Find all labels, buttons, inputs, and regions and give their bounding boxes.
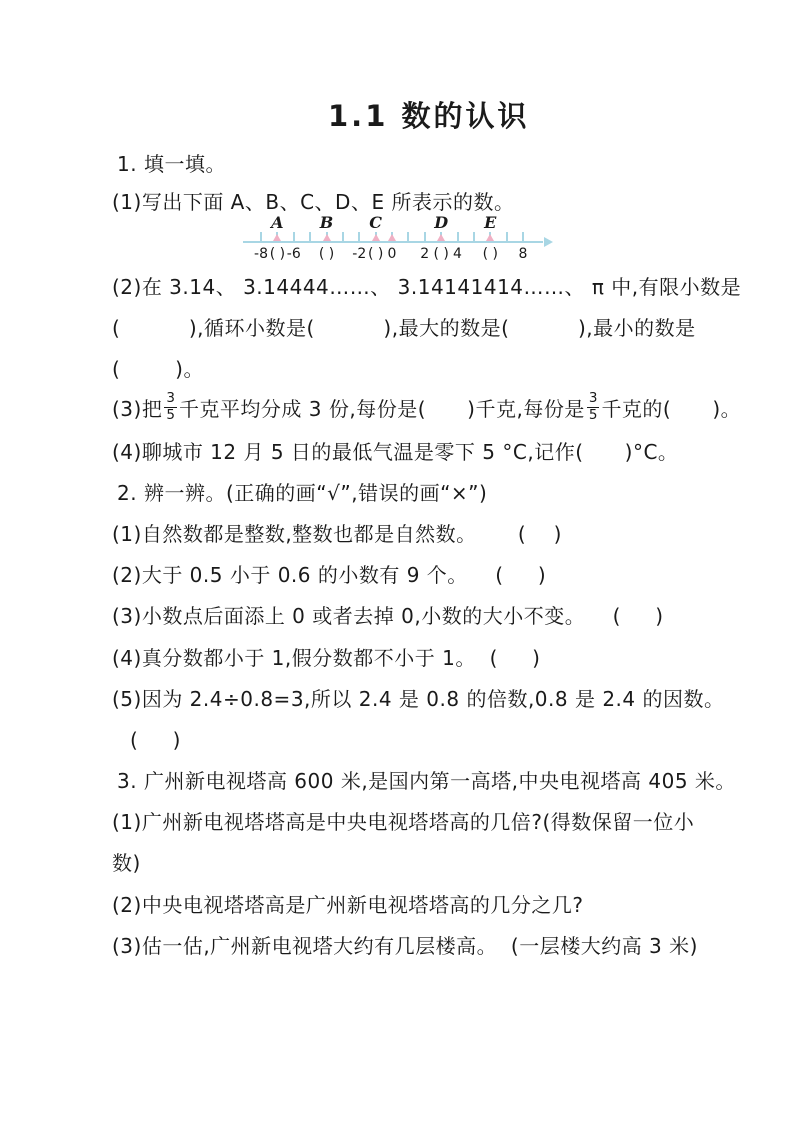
section1-heading: 1. 填一填。	[117, 149, 226, 179]
fraction-denominator: 5	[164, 408, 177, 424]
section2-heading: 2. 辨一辨。(正确的画“√”,错误的画“×”)	[117, 478, 487, 508]
tick-mark	[293, 232, 295, 241]
tick-mark	[506, 232, 508, 241]
axis-label: ( )	[433, 246, 448, 262]
tick-mark	[342, 232, 344, 241]
tick-mark	[522, 232, 524, 241]
point-marker	[273, 234, 281, 241]
section1-q4-text: (4)聊城市 12 月 5 日的最低气温是零下 5 °C,记作( )°C。	[112, 437, 678, 467]
tick-mark	[424, 232, 426, 241]
fraction-numerator: 3	[587, 391, 600, 408]
fraction-three-fifths: 35	[587, 391, 600, 423]
point-letter-A: A	[271, 213, 283, 232]
page-title: 1.1 数的认识	[328, 94, 529, 135]
point-marker	[437, 234, 445, 241]
fraction-three-fifths: 35	[164, 391, 177, 423]
point-marker	[486, 234, 494, 241]
point-letter-B: B	[320, 213, 334, 232]
axis-label: ( )	[368, 246, 383, 262]
axis-label: -2	[352, 246, 366, 262]
section1-q2-line3: ( )。	[112, 354, 204, 384]
axis-label: ( )	[319, 246, 334, 262]
number-line-arrow-icon	[544, 237, 553, 247]
section3-q1-line2: 数)	[112, 848, 141, 878]
section2-q1-text: (1)自然数都是整数,整数也都是自然数。 ( )	[112, 519, 562, 549]
section1-q2-line2: ( ),循环小数是( ),最大的数是( ),最小的数是	[112, 313, 696, 343]
axis-label: 2	[420, 246, 429, 262]
section1-q2-line1: (2)在 3.14、 3.14444……、 3.14141414……、 π 中,…	[112, 272, 741, 302]
fraction-numerator: 3	[164, 391, 177, 408]
worksheet-page: 1.1 数的认识 1. 填一填。 (1)写出下面 A、B、C、D、E 所表示的数…	[0, 0, 793, 1122]
tick-mark	[358, 232, 360, 241]
tick-mark	[309, 232, 311, 241]
point-marker	[323, 234, 331, 241]
axis-label: ( )	[483, 246, 498, 262]
tick-mark	[407, 232, 409, 241]
tick-mark	[473, 232, 475, 241]
axis-label: ( )	[270, 246, 285, 262]
number-line: ABCDE-8( )-6( )-2( )02( )4( )8	[243, 213, 553, 263]
axis-label: 8	[519, 246, 528, 262]
section1-q3-text: (3)把 35 千克平均分成 3 份,每份是( )千克,每份是 35 千克的( …	[112, 384, 741, 430]
section3-heading: 3. 广州新电视塔高 600 米,是国内第一高塔,中央电视塔高 405 米。	[117, 766, 736, 796]
section3-q2-text: (2)中央电视塔塔高是广州新电视塔塔高的几分之几?	[112, 890, 583, 920]
point-letter-E: E	[484, 213, 496, 232]
point-letter-C: C	[369, 213, 382, 232]
section3-q3-text: (3)估一估,广州新电视塔大约有几层楼高。 (一层楼大约高 3 米)	[112, 931, 698, 961]
fraction-denominator: 5	[587, 408, 600, 424]
point-marker	[388, 234, 396, 241]
section2-q5-line1: (5)因为 2.4÷0.8=3,所以 2.4 是 0.8 的倍数,0.8 是 2…	[112, 684, 724, 714]
axis-label: 0	[388, 246, 397, 262]
axis-label: -8	[254, 246, 268, 262]
section2-q2-text: (2)大于 0.5 小于 0.6 的小数有 9 个。 ( )	[112, 560, 546, 590]
tick-mark	[260, 232, 262, 241]
section2-q4-text: (4)真分数都小于 1,假分数都不小于 1。 ( )	[112, 643, 540, 673]
point-letter-D: D	[434, 213, 448, 232]
section2-q5-line2: ( )	[130, 725, 181, 755]
q3-segment-3: 千克的( )。	[601, 393, 741, 422]
section2-q3-text: (3)小数点后面添上 0 或者去掉 0,小数的大小不变。 ( )	[112, 601, 664, 631]
q3-segment-1: (3)把	[112, 393, 162, 422]
tick-mark	[457, 232, 459, 241]
point-marker	[372, 234, 380, 241]
section3-q1-line1: (1)广州新电视塔塔高是中央电视塔塔高的几倍?(得数保留一位小	[112, 807, 694, 837]
axis-label: -6	[287, 246, 301, 262]
axis-label: 4	[453, 246, 462, 262]
number-line-axis	[243, 241, 543, 243]
q3-segment-2: 千克平均分成 3 份,每份是( )千克,每份是	[179, 393, 585, 422]
